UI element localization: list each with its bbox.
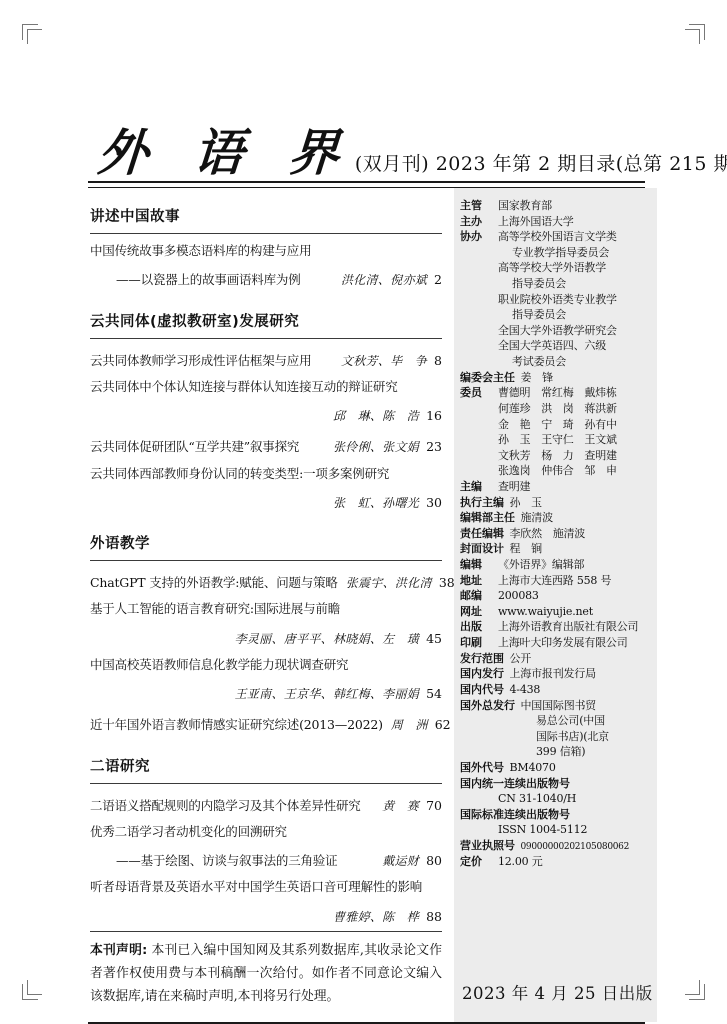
section-divider (90, 233, 442, 234)
masthead-value: 李欣然 施清波 (510, 527, 586, 540)
masthead-row: 国际书店)(北京 (460, 729, 653, 745)
masthead-row: 考试委员会 (460, 354, 653, 370)
toc-entry: 基于人工智能的语言教育研究:国际进展与前瞻李灵丽、唐平平、林晓娟、左 璜45 (90, 597, 442, 653)
masthead-label: 编辑 (460, 557, 498, 573)
article-page: 8 (434, 353, 442, 368)
masthead-value: 曹德明 常红梅 戴炜栋 (498, 386, 617, 399)
article-subtitle: ——以瓷器上的故事画语料库为例 (90, 268, 301, 292)
masthead-label: 编辑部主任 (460, 510, 521, 526)
masthead-value: 指导委员会 (512, 308, 566, 321)
masthead-row: 地址上海市大连西路 558 号 (460, 573, 653, 589)
toc-entry-line: 二语语义搭配规则的内隐学习及其个体差异性研究黄 赛70 (90, 789, 442, 820)
masthead-value: 全国大学外语教学研究会 (498, 324, 617, 337)
crop-mark-bottom-left (22, 984, 38, 1000)
masthead-label: 编委会主任 (460, 370, 521, 386)
masthead-value: 查明建 (498, 480, 530, 493)
masthead-value: 张逸岗 仲伟合 邹 申 (498, 464, 617, 477)
toc-entry-byline: 文秋芳、毕 争8 (341, 344, 442, 375)
section-heading: 二语研究 (90, 755, 442, 776)
masthead-value: 上海叶大印务发展有限公司 (498, 636, 628, 649)
toc-entry: ChatGPT 支持的外语教学:赋能、问题与策略张震宇、洪化清38 (90, 566, 442, 597)
masthead-value: 高等学校大学外语教学 (498, 261, 606, 274)
toc-entry: 云共同体西部教师身份认同的转变类型:一项多案例研究张 虹、孙曙光30 (90, 462, 442, 518)
article-authors: 张伶俐、张文娟 (333, 440, 419, 454)
article-authors: 曹雅婷、陈 桦 (333, 910, 419, 924)
article-authors: 文秋芳、毕 争 (341, 354, 427, 368)
declaration-label: 本刊声明: (90, 943, 147, 958)
masthead-label: 主编 (460, 479, 498, 495)
toc-entry: 中国高校英语教师信息化教学能力现状调查研究王亚南、王京华、韩红梅、李丽娟54 (90, 653, 442, 709)
masthead-row: 印刷上海叶大印务发展有限公司 (460, 635, 653, 651)
masthead-value: 上海外语教育出版社有限公司 (498, 620, 638, 633)
masthead-value: 09000000202105080062 (521, 842, 630, 852)
toc-entry: 近十年国外语言教师情感实证研究综述(2013—2022)周 洲62 (90, 708, 442, 739)
article-authors: 戴运财 (382, 854, 419, 868)
masthead-label: 国外代号 (460, 760, 510, 776)
masthead-row: 国外代号BM4070 (460, 760, 653, 776)
article-page: 45 (426, 631, 442, 646)
page-columns: 讲述中国故事中国传统故事多模态语料库的构建与应用——以瓷器上的故事画语料库为例洪… (88, 188, 645, 1022)
masthead-value: 4-438 (510, 683, 541, 696)
toc-entry-line: 曹雅婷、陈 桦88 (90, 900, 442, 931)
publish-date: 2023 年 4 月 25 日出版 (460, 964, 653, 1010)
journal-header: 外 语 界 (双月刊) 2023 年第 2 期目录(总第 215 期) (88, 108, 645, 178)
article-title: 优秀二语学习者动机变化的回溯研究 (90, 820, 287, 844)
toc-entry-line: ChatGPT 支持的外语教学:赋能、问题与策略张震宇、洪化清38 (90, 566, 442, 597)
header-divider (88, 181, 645, 188)
masthead-label: 邮编 (460, 588, 498, 604)
masthead-row: ISSN 1004-5112 (460, 822, 653, 838)
masthead-value: 全国大学英语四、六级 (498, 339, 606, 352)
toc-entry-byline: 曹雅婷、陈 桦88 (333, 900, 442, 931)
masthead-row: 国内统一连续出版物号 (460, 776, 653, 792)
article-authors: 张震宇、洪化清 (346, 576, 432, 590)
toc-entry: 听者母语背景及英语水平对中国学生英语口音可理解性的影响曹雅婷、陈 桦88 (90, 875, 442, 931)
masthead-label: 主管 (460, 198, 498, 214)
issue-info: (双月刊) 2023 年第 2 期目录(总第 215 期) (355, 149, 727, 178)
article-page: 38 (439, 575, 455, 590)
article-authors: 张 虹、孙曙光 (333, 496, 419, 510)
masthead-row: 国内发行上海市报刊发行局 (460, 666, 653, 682)
toc-entry: 云共同体教师学习形成性评估框架与应用文秋芳、毕 争8 (90, 344, 442, 375)
article-title: 中国传统故事多模态语料库的构建与应用 (90, 239, 311, 263)
masthead-label: 发行范围 (460, 651, 510, 667)
masthead-row: 易总公司(中国 (460, 713, 653, 729)
masthead-value: 国家教育部 (498, 199, 552, 212)
masthead-label: 国外总发行 (460, 698, 521, 714)
masthead-value: 职业院校外语类专业教学 (498, 293, 617, 306)
masthead-value: CN 31-1040/H (498, 792, 576, 805)
masthead-row: 编委会主任姜 锋 (460, 370, 653, 386)
masthead-row: 编辑《外语界》编辑部 (460, 557, 653, 573)
masthead-row: 专业教学指导委员会 (460, 245, 653, 261)
article-subtitle: ——基于绘图、访谈与叙事法的三角验证 (90, 849, 337, 873)
toc-entry-byline: 周 洲62 (391, 708, 451, 739)
masthead-label: 印刷 (460, 635, 498, 651)
masthead-value: BM4070 (510, 761, 556, 774)
masthead-row: CN 31-1040/H (460, 791, 653, 807)
toc-entry-line: 邱 琳、陈 浩16 (90, 399, 442, 430)
masthead-row: 定价12.00 元 (460, 854, 653, 870)
toc-entry-byline: 黄 赛70 (382, 789, 442, 820)
masthead-row: 何莲珍 洪 岗 蒋洪新 (460, 401, 653, 417)
masthead-value: 200083 (498, 589, 539, 602)
toc-entry-byline: 张伶俐、张文娟23 (333, 430, 442, 461)
masthead-label: 定价 (460, 854, 498, 870)
article-title: 听者母语背景及英语水平对中国学生英语口音可理解性的影响 (90, 875, 422, 899)
masthead-label: 地址 (460, 573, 498, 589)
toc-entry-byline: 戴运财80 (382, 844, 442, 875)
masthead-value: 程 锏 (510, 542, 542, 555)
masthead-list: 主管国家教育部主办上海外国语大学协办高等学校外国语言文学类专业教学指导委员会高等… (460, 198, 653, 869)
masthead-value: 金 艳 宁 琦 孙有中 (498, 418, 617, 431)
masthead-row: 国内代号4-438 (460, 682, 653, 698)
toc-entry-line: 近十年国外语言教师情感实证研究综述(2013—2022)周 洲62 (90, 708, 442, 739)
masthead-value: 12.00 元 (498, 855, 543, 868)
masthead-row: 网址www.waiyujie.net (460, 604, 653, 620)
masthead-row: 全国大学英语四、六级 (460, 338, 653, 354)
masthead-value: ISSN 1004-5112 (498, 823, 587, 836)
masthead-label: 封面设计 (460, 541, 510, 557)
masthead-row: 执行主编孙 玉 (460, 495, 653, 511)
masthead-label: 国内统一连续出版物号 (460, 776, 576, 792)
article-page: 30 (426, 495, 442, 510)
section-heading: 云共同体(虚拟教研室)发展研究 (90, 310, 442, 331)
article-page: 80 (426, 853, 442, 868)
section-heading: 讲述中国故事 (90, 205, 442, 226)
article-title: 云共同体促研团队“互学共建”叙事探究 (90, 435, 299, 459)
toc-entry-line: ——基于绘图、访谈与叙事法的三角验证戴运财80 (90, 844, 442, 875)
masthead-label: 国内代号 (460, 682, 510, 698)
masthead-row: 编辑部主任施清波 (460, 510, 653, 526)
masthead-row: 指导委员会 (460, 307, 653, 323)
masthead-label: 国内发行 (460, 666, 510, 682)
masthead-value: 399 信箱) (536, 745, 585, 758)
masthead-row: 399 信箱) (460, 744, 653, 760)
masthead-value: 上海市报刊发行局 (510, 667, 596, 680)
article-title: 中国高校英语教师信息化教学能力现状调查研究 (90, 653, 348, 677)
masthead-row: 发行范围公开 (460, 651, 653, 667)
masthead-row: 协办高等学校外国语言文学类 (460, 229, 653, 245)
article-title: 二语语义搭配规则的内隐学习及其个体差异性研究 (90, 794, 361, 818)
toc-entry-line: 基于人工智能的语言教育研究:国际进展与前瞻 (90, 597, 442, 621)
section-divider (90, 560, 442, 561)
toc-entry-byline: 张震宇、洪化清38 (346, 566, 455, 597)
toc-entry-line: 优秀二语学习者动机变化的回溯研究 (90, 820, 442, 844)
article-title: ChatGPT 支持的外语教学:赋能、问题与策略 (90, 571, 338, 595)
masthead-value: 何莲珍 洪 岗 蒋洪新 (498, 402, 617, 415)
toc-entry: 云共同体中个体认知连接与群体认知连接互动的辩证研究邱 琳、陈 浩16 (90, 375, 442, 431)
article-title: 云共同体中个体认知连接与群体认知连接互动的辩证研究 (90, 375, 398, 399)
masthead-label: 出版 (460, 619, 498, 635)
masthead-value: 考试委员会 (512, 355, 566, 368)
masthead-row: 营业执照号09000000202105080062 (460, 838, 653, 854)
toc-entry: 二语语义搭配规则的内隐学习及其个体差异性研究黄 赛70 (90, 789, 442, 820)
masthead-row: 主办上海外国语大学 (460, 214, 653, 230)
article-title: 云共同体教师学习形成性评估框架与应用 (90, 349, 311, 373)
toc-entry-byline: 王亚南、王京华、韩红梅、李丽娟54 (235, 677, 442, 708)
masthead-row: 全国大学外语教学研究会 (460, 323, 653, 339)
masthead-value: 公开 (510, 652, 532, 665)
toc-entry-byline: 张 虹、孙曙光30 (333, 486, 442, 517)
toc-entry-line: 张 虹、孙曙光30 (90, 486, 442, 517)
journal-title: 外 语 界 (86, 128, 354, 178)
toc-entry-line: 听者母语背景及英语水平对中国学生英语口音可理解性的影响 (90, 875, 442, 899)
article-title: 基于人工智能的语言教育研究:国际进展与前瞻 (90, 597, 340, 621)
article-authors: 周 洲 (391, 718, 428, 732)
article-authors: 黄 赛 (382, 799, 419, 813)
masthead-row: 文秋芳 杨 力 查明建 (460, 448, 653, 464)
article-authors: 王亚南、王京华、韩红梅、李丽娟 (235, 687, 420, 701)
section-divider (90, 338, 442, 339)
toc-entry-byline: 邱 琳、陈 浩16 (333, 399, 442, 430)
masthead-row: 张逸岗 仲伟合 邹 申 (460, 463, 653, 479)
masthead-label: 营业执照号 (460, 838, 521, 854)
masthead-row: 责任编辑李欣然 施清波 (460, 526, 653, 542)
masthead-row: 委员曹德明 常红梅 戴炜栋 (460, 385, 653, 401)
masthead-row: 邮编200083 (460, 588, 653, 604)
masthead-label: 协办 (460, 229, 498, 245)
masthead-row: 职业院校外语类专业教学 (460, 292, 653, 308)
masthead-row: 国外总发行中国国际图书贸 (460, 698, 653, 714)
toc-entry-line: 中国高校英语教师信息化教学能力现状调查研究 (90, 653, 442, 677)
article-authors: 邱 琳、陈 浩 (333, 409, 419, 423)
masthead-value: 高等学校外国语言文学类 (498, 230, 617, 243)
masthead-value: 国际书店)(北京 (536, 730, 609, 743)
masthead-label: 责任编辑 (460, 526, 510, 542)
crop-mark-top-right (689, 24, 705, 40)
masthead-row: 主管国家教育部 (460, 198, 653, 214)
masthead-value: 《外语界》编辑部 (498, 558, 584, 571)
section-heading: 外语教学 (90, 532, 442, 553)
article-authors: 李灵丽、唐平平、林晓娟、左 璜 (235, 632, 420, 646)
article-page: 23 (426, 439, 442, 454)
toc-entry-line: 云共同体西部教师身份认同的转变类型:一项多案例研究 (90, 462, 442, 486)
masthead-row: 出版上海外语教育出版社有限公司 (460, 619, 653, 635)
masthead-value: 专业教学指导委员会 (512, 246, 609, 259)
masthead-value: 文秋芳 杨 力 查明建 (498, 449, 617, 462)
crop-mark-bottom-right (689, 984, 705, 1000)
publication-info-panel: 主管国家教育部主办上海外国语大学协办高等学校外国语言文学类专业教学指导委员会高等… (454, 188, 657, 1022)
toc-entry-line: 李灵丽、唐平平、林晓娟、左 璜45 (90, 622, 442, 653)
section-divider (90, 783, 442, 784)
masthead-row: 封面设计程 锏 (460, 541, 653, 557)
masthead-row: 主编查明建 (460, 479, 653, 495)
masthead-row: 高等学校大学外语教学 (460, 260, 653, 276)
masthead-value: 易总公司(中国 (536, 714, 605, 727)
toc-entry-line: 云共同体教师学习形成性评估框架与应用文秋芳、毕 争8 (90, 344, 442, 375)
table-of-contents: 讲述中国故事中国传统故事多模态语料库的构建与应用——以瓷器上的故事画语料库为例洪… (88, 188, 454, 1022)
toc-entry: 云共同体促研团队“互学共建”叙事探究张伶俐、张文娟23 (90, 430, 442, 461)
masthead-row: 金 艳 宁 琦 孙有中 (460, 417, 653, 433)
masthead-label: 委员 (460, 385, 498, 401)
article-page: 16 (426, 408, 442, 423)
masthead-label: 主办 (460, 214, 498, 230)
crop-mark-top-left (22, 24, 38, 40)
toc-entry-line: ——以瓷器上的故事画语料库为例洪化清、倪亦斌2 (90, 263, 442, 294)
masthead-row: 国际标准连续出版物号 (460, 807, 653, 823)
masthead-value: 指导委员会 (512, 277, 566, 290)
article-page: 2 (434, 272, 442, 287)
article-page: 70 (426, 798, 442, 813)
article-title: 云共同体西部教师身份认同的转变类型:一项多案例研究 (90, 462, 389, 486)
toc-entry-line: 云共同体促研团队“互学共建”叙事探究张伶俐、张文娟23 (90, 430, 442, 461)
masthead-value: 施清波 (521, 511, 553, 524)
toc-entry-line: 王亚南、王京华、韩红梅、李丽娟54 (90, 677, 442, 708)
masthead-value: 上海市大连西路 558 号 (498, 574, 611, 587)
masthead-value: 孙 玉 王守仁 王文斌 (498, 433, 617, 446)
masthead-row: 孙 玉 王守仁 王文斌 (460, 432, 653, 448)
masthead-label: 国际标准连续出版物号 (460, 807, 576, 823)
toc-entry: 中国传统故事多模态语料库的构建与应用——以瓷器上的故事画语料库为例洪化清、倪亦斌… (90, 239, 442, 295)
masthead-label: 执行主编 (460, 495, 510, 511)
toc-entry-byline: 李灵丽、唐平平、林晓娟、左 璜45 (235, 622, 442, 653)
toc-entry-byline: 洪化清、倪亦斌2 (341, 263, 442, 294)
article-page: 54 (426, 686, 442, 701)
article-authors: 洪化清、倪亦斌 (341, 273, 427, 287)
masthead-value: 中国国际图书贸 (521, 699, 597, 712)
article-page: 88 (426, 909, 442, 924)
article-title: 近十年国外语言教师情感实证研究综述(2013—2022) (90, 713, 383, 737)
journal-declaration: 本刊声明:本刊已入编中国知网及其系列数据库,其收录论文作者著作权使用费与本刊稿酬… (90, 931, 442, 1008)
toc-entry-line: 中国传统故事多模态语料库的构建与应用 (90, 239, 442, 263)
masthead-label: 网址 (460, 604, 498, 620)
masthead-value: 姜 锋 (521, 371, 553, 384)
masthead-value: 上海外国语大学 (498, 215, 574, 228)
masthead-value: 孙 玉 (510, 496, 542, 509)
masthead-value: www.waiyujie.net (498, 605, 593, 618)
journal-page: 外 语 界 (双月刊) 2023 年第 2 期目录(总第 215 期) 讲述中国… (0, 0, 727, 1024)
toc-entry: 优秀二语学习者动机变化的回溯研究——基于绘图、访谈与叙事法的三角验证戴运财80 (90, 820, 442, 876)
masthead-row: 指导委员会 (460, 276, 653, 292)
article-page: 62 (435, 717, 451, 732)
page-content: 外 语 界 (双月刊) 2023 年第 2 期目录(总第 215 期) 讲述中国… (88, 108, 645, 1024)
toc-entry-line: 云共同体中个体认知连接与群体认知连接互动的辩证研究 (90, 375, 442, 399)
